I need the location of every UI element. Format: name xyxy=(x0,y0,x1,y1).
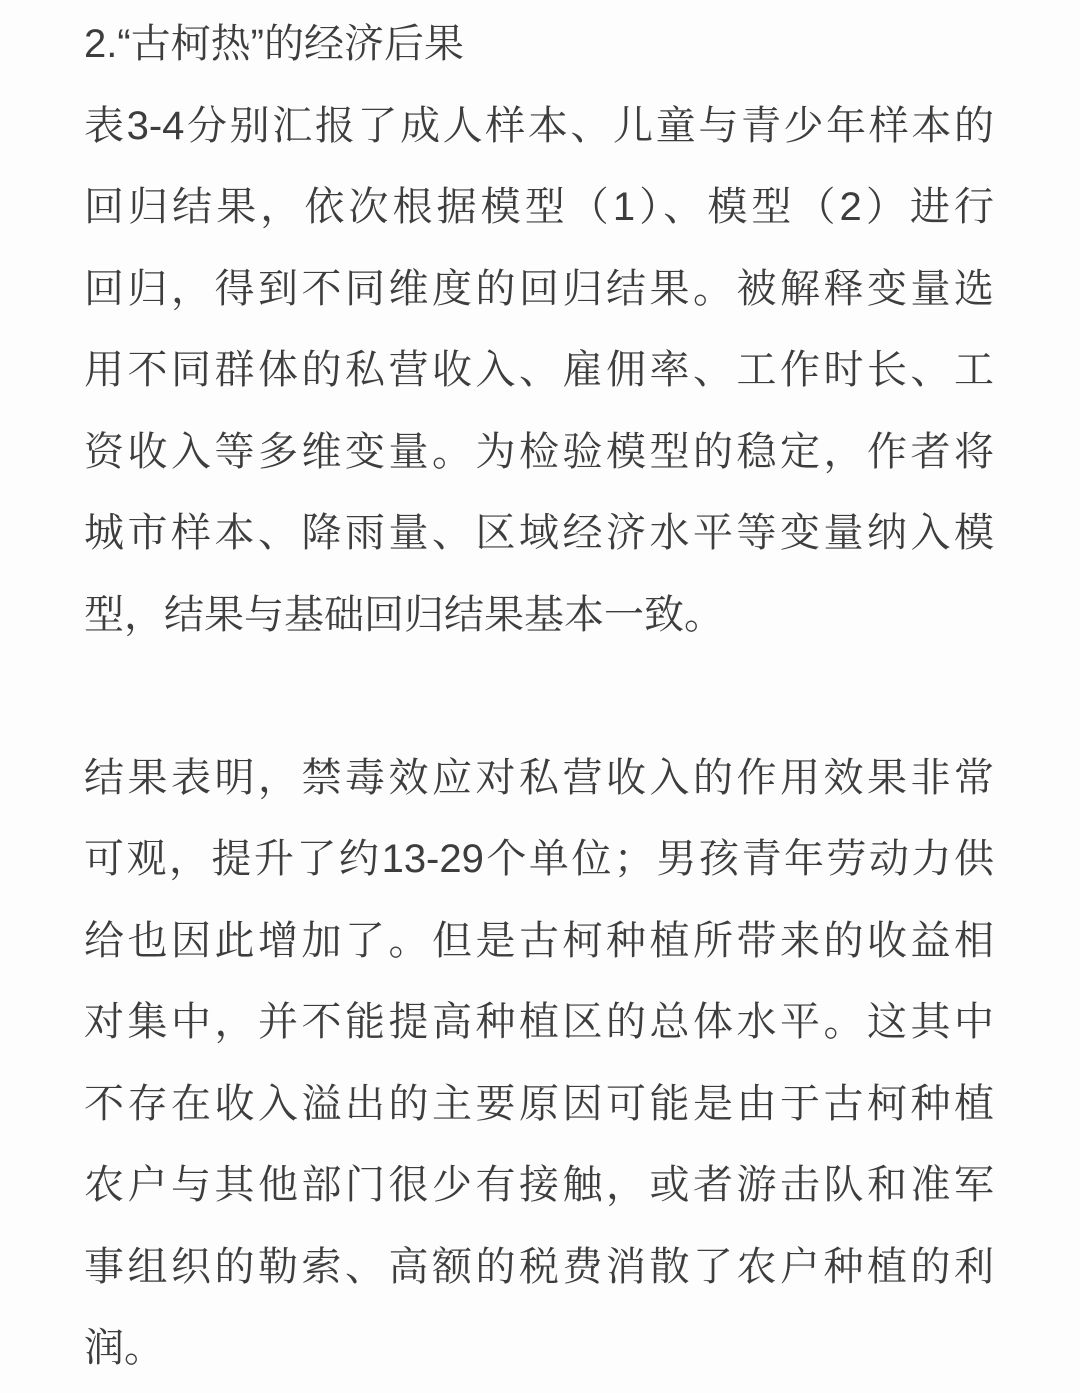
text-line: 对集中，并不能提高种植区的总体水平。这其中 xyxy=(84,982,994,1064)
text-line: 农户与其他部门很少有接触，或者游击队和准军 xyxy=(84,1145,994,1227)
text-line: 表3-4分别汇报了成人样本、儿童与青少年样本的 xyxy=(84,86,994,168)
text-line: 润。 xyxy=(84,1308,994,1390)
text-line: 可观，提升了约13-29个单位；男孩青年劳动力供 xyxy=(84,819,994,901)
text-line: 用不同群体的私营收入、雇佣率、工作时长、工 xyxy=(84,330,994,412)
text-line: 结果表明，禁毒效应对私营收入的作用效果非常 xyxy=(84,738,994,820)
paragraph-findings: 结果表明，禁毒效应对私营收入的作用效果非常可观，提升了约13-29个单位；男孩青… xyxy=(84,738,994,1390)
text-line: 回归结果，依次根据模型（1）、模型（2）进行 xyxy=(84,167,994,249)
text-line: 城市样本、降雨量、区域经济水平等变量纳入模 xyxy=(84,493,994,575)
text-line: 回归，得到不同维度的回归结果。被解释变量选 xyxy=(84,249,994,331)
paragraph-regression-results: 表3-4分别汇报了成人样本、儿童与青少年样本的回归结果，依次根据模型（1）、模型… xyxy=(84,86,994,657)
document-page[interactable]: 2.“古柯热”的经济后果 表3-4分别汇报了成人样本、儿童与青少年样本的回归结果… xyxy=(0,0,1080,1393)
text-line: 事组织的勒索、高额的税费消散了农户种植的利 xyxy=(84,1227,994,1309)
text-line: 型，结果与基础回归结果基本一致。 xyxy=(84,575,994,657)
section-heading: 2.“古柯热”的经济后果 xyxy=(84,4,994,86)
text-line: 资收入等多维变量。为检验模型的稳定，作者将 xyxy=(84,412,994,494)
text-line: 给也因此增加了。但是古柯种植所带来的收益相 xyxy=(84,901,994,983)
text-line: 不存在收入溢出的主要原因可能是由于古柯种植 xyxy=(84,1064,994,1146)
